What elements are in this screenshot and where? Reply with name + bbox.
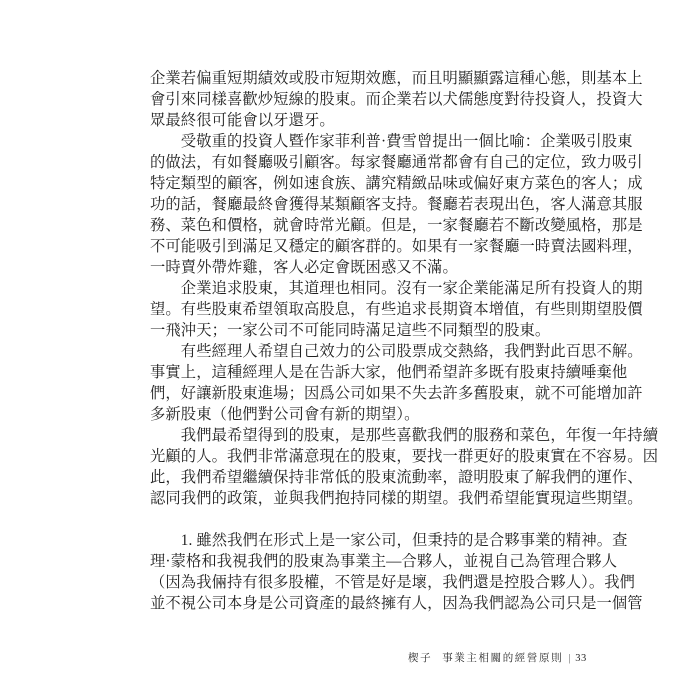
text-line: 1. 雖然我們在形式上是一家公司，但秉持的是合夥事業的精神。查 [150,530,660,551]
text-lines: 企業若偏重短期績效或股市短期效應，而且明顯顯露這種心態，則基本上會引來同樣喜歡炒… [150,68,660,614]
blank-line [150,509,660,530]
text-line: 多新股東（他們對公司會有新的期望）。 [150,404,660,425]
text-line: 會引來同樣喜歡炒短線的股東。而企業若以犬儒態度對待投資人，投資大 [150,89,660,110]
text-line: 一時賣外帶炸雞，客人必定會既困惑又不滿。 [150,257,660,278]
text-line: 特定類型的顧客，例如速食族、講究精緻品味或偏好東方菜色的客人；成 [150,173,660,194]
text-line: 理·蒙格和我視我們的股東為事業主—合夥人，並視自己為管理合夥人 [150,551,660,572]
text-line: 我們最希望得到的股東，是那些喜歡我們的服務和菜色，年復一年持續 [150,425,660,446]
text-line: 不可能吸引到滿足又穩定的顧客群的。如果有一家餐廳一時賣法國料理， [150,236,660,257]
text-line: （因為我倆持有很多股權，不管是好是壞，我們還是控股合夥人）。我們 [150,572,660,593]
text-line: 此，我們希望繼續保持非常低的股東流動率，證明股東了解我們的運作、 [150,467,660,488]
footer-section-title: 事業主相關的經營原則 [442,652,563,666]
text-line: 企業追求股東，其道理也相同。沒有一家企業能滿足所有投資人的期 [150,278,660,299]
text-line: 眾最終很可能會以牙還牙。 [150,110,660,131]
text-line: 企業若偏重短期績效或股市短期效應，而且明顯顯露這種心態，則基本上 [150,68,660,89]
text-line: 望。有些股東希望領取高股息，有些追求長期資本增值，有些則期望股價 [150,299,660,320]
text-line: 務、菜色和價格，就會時常光顧。但是，一家餐廳若不斷改變風格，那是 [150,215,660,236]
text-line: 並不視公司本身是公司資產的最終擁有人，因為我們認為公司只是一個管 [150,593,660,614]
footer-chapter-label: 楔子 [408,652,432,666]
text-line: 們，好讓新股東進場；因爲公司如果不失去許多舊股東，就不可能增加許 [150,383,660,404]
text-line: 受敬重的投資人暨作家菲利普·費雪曾提出一個比喻：企業吸引股東 [150,131,660,152]
text-line: 一飛沖天；一家公司不可能同時滿足這些不同類型的股東。 [150,320,660,341]
running-footer: 楔子 事業主相關的經營原則 | 33 [408,652,587,666]
text-line: 的做法，有如餐廳吸引顧客。每家餐廳通常都會有自己的定位，致力吸引 [150,152,660,173]
text-line: 光顧的人。我們非常滿意現在的股東，要找一群更好的股東實在不容易。因 [150,446,660,467]
footer-page-number: 33 [575,652,587,666]
footer-divider: | [568,652,570,666]
text-line: 認同我們的政策，並與我們抱持同樣的期望。我們希望能實現這些期望。 [150,488,660,509]
text-line: 事實上，這種經理人是在告訴大家，他們希望許多既有股東持續唾棄他 [150,362,660,383]
book-page: 企業若偏重短期績效或股市短期效應，而且明顯顯露這種心態，則基本上會引來同樣喜歡炒… [0,0,696,696]
text-line: 功的話，餐廳最終會獲得某類顧客支持。餐廳若表現出色，客人滿意其服 [150,194,660,215]
text-line: 有些經理人希望自己效力的公司股票成交熱絡，我們對此百思不解。 [150,341,660,362]
